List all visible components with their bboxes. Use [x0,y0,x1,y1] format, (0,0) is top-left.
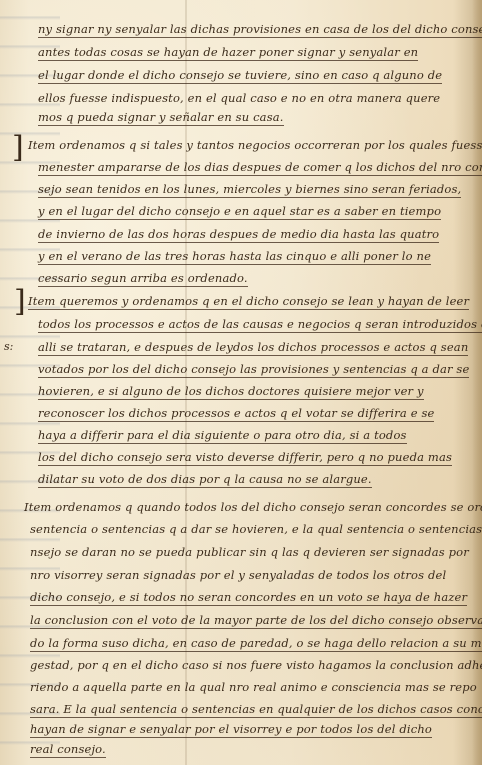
text-line: todos los processos e actos de las causa… [38,317,482,333]
text-line: votados por los del dicho consejo las pr… [38,362,469,378]
text-line: y en el lugar del dicho consejo e en aqu… [38,204,441,220]
margin-note: s: [4,340,13,353]
text-line: la conclusion con el voto de la mayor pa… [30,613,482,629]
text-line: Item ordenamos q quando todos los del di… [24,500,482,514]
paragraph-bracket: ] [14,287,26,317]
text-line: nro visorrey seran signadas por el y sen… [30,568,446,582]
text-line: hayan de signar e senyalar por el visorr… [30,722,432,738]
text-line: gestad, por q en el dicho caso si nos fu… [30,658,482,672]
paragraph-bracket: ] [12,133,24,163]
text-line: alli se trataran, e despues de leydos lo… [38,340,468,356]
text-line: dilatar su voto de dos dias por q la cau… [38,472,372,488]
text-line: ny signar ny senyalar las dichas provisi… [38,22,482,38]
text-line: menester ampararse de los dias despues d… [38,160,482,176]
text-line: mos q pueda signar y señalar en su casa. [38,110,284,126]
text-line: antes todas cosas se hayan de hazer pone… [38,45,418,61]
text-line: real consejo. [30,742,106,758]
text-line: dicho consejo, e si todos no seran conco… [30,590,467,606]
text-line: haya a differir para el dia siguiente o … [38,428,407,444]
text-line: riendo a aquella parte en la qual nro re… [30,680,477,694]
text-line: de invierno de las dos horas despues de … [38,227,439,243]
text-line: nsejo se daran no se pueda publicar sin … [30,545,469,559]
text-line: los del dicho consejo sera visto deverse… [38,450,452,466]
text-line: sentencia o sentencias q a dar se hovier… [30,522,482,536]
text-line: do la forma suso dicha, en caso de pared… [30,636,482,652]
text-line: Item queremos y ordenamos q en el dicho … [28,294,469,310]
text-line: sara. E la qual sentencia o sentencias e… [30,702,482,718]
text-line: ellos fuesse indispuesto, en el qual cas… [38,91,440,105]
text-line: hovieren, e si alguno de los dichos doct… [38,384,424,400]
text-line: reconoscer los dichos processos e actos … [38,406,434,422]
text-line: sejo sean tenidos en los lunes, miercole… [38,182,461,198]
text-line: cessario segun arriba es ordenado. [38,271,248,287]
manuscript-page: ny signar ny senyalar las dichas provisi… [0,0,482,765]
text-line: y en el verano de las tres horas hasta l… [38,249,431,265]
text-line: el lugar donde el dicho consejo se tuvie… [38,68,442,84]
text-line: Item ordenamos q si tales y tantos negoc… [28,138,482,152]
